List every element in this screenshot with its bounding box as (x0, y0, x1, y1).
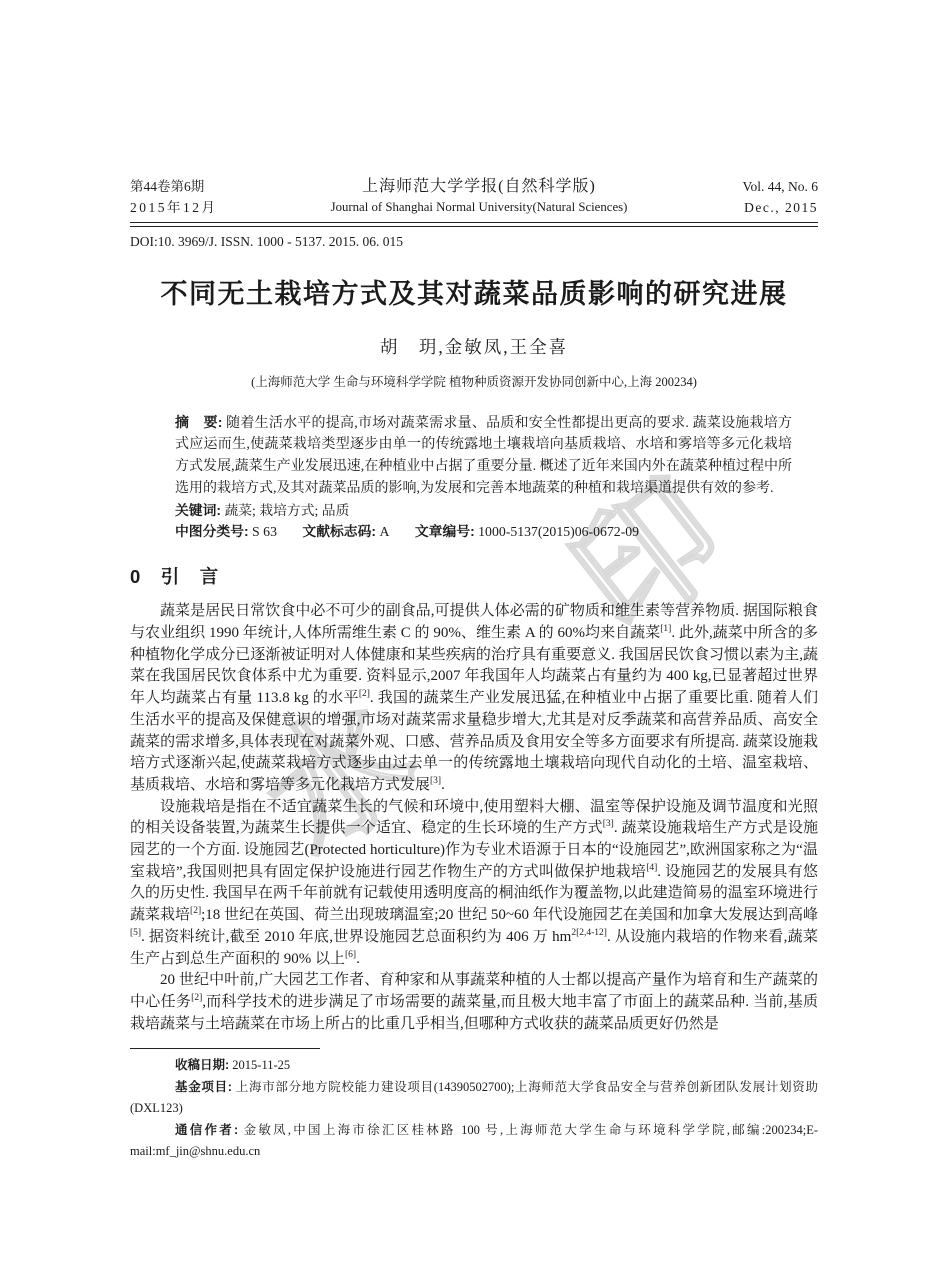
header-volume-issue-cn: 第44卷第6期 2015年12月 (130, 176, 280, 218)
article-id-pair: 文章编号: 1000-5137(2015)06-0672-09 (415, 524, 639, 539)
journal-page: 水 印 第44卷第6期 2015年12月 上海师范大学学报(自然科学版) Jou… (0, 0, 944, 1273)
page-content: 第44卷第6期 2015年12月 上海师范大学学报(自然科学版) Journal… (130, 176, 818, 1163)
clc-label: 中图分类号: (175, 524, 249, 539)
keywords-text: 蔬菜; 栽培方式; 品质 (224, 503, 349, 518)
body-paragraph-3: 20 世纪中叶前,广大园艺工作者、育种家和从事蔬菜种植的人士都以提高产量作为培育… (130, 970, 818, 1035)
doc-code-label: 文献标志码: (302, 524, 376, 539)
volume-issue-en: Vol. 44, No. 6 (678, 176, 818, 197)
keywords-line: 关键词: 蔬菜; 栽培方式; 品质 (175, 500, 792, 522)
abstract-paragraph: 摘 要: 随着生活水平的提高,市场对蔬菜需求量、品质和安全性都提出更高的要求. … (175, 412, 792, 500)
fund-value: 上海市部分地方院校能力建设项目(14390502700);上海师范大学食品安全与… (130, 1080, 818, 1116)
header-volume-issue-en: Vol. 44, No. 6 Dec., 2015 (678, 176, 818, 218)
article-title: 不同无土栽培方式及其对蔬菜品质影响的研究进展 (130, 276, 818, 312)
doi-line: DOI:10. 3969/J. ISSN. 1000 - 5137. 2015.… (130, 234, 818, 250)
header-divider (130, 222, 818, 227)
received-date-label: 收稿日期: (175, 1058, 229, 1072)
doc-code-value: A (379, 524, 389, 539)
volume-issue-cn: 第44卷第6期 (130, 176, 280, 197)
date-cn: 2015年12月 (130, 197, 280, 218)
doc-code-pair: 文献标志码: A (302, 524, 389, 539)
article-id-value: 1000-5137(2015)06-0672-09 (478, 524, 639, 539)
footnote-corresponding: 通信作者: 金敏凤,中国上海市徐汇区桂林路 100 号,上海师范大学生命与环境科… (130, 1120, 818, 1163)
body-text: 蔬菜是居民日常饮食中必不可少的副食品,可提供人体必需的矿物质和维生素等营养物质.… (130, 601, 818, 1035)
footnote-block: 收稿日期: 2015-11-25 基金项目: 上海市部分地方院校能力建设项目(1… (130, 1048, 818, 1163)
clc-pair: 中图分类号: S 63 (175, 524, 277, 539)
article-affiliation: (上海师范大学 生命与环境科学学院 植物种质资源开发协同创新中心,上海 2002… (130, 372, 818, 390)
corresponding-author-label: 通信作者: (175, 1123, 238, 1137)
body-paragraph-2: 设施栽培是指在不适宜蔬菜生长的气候和环境中,使用塑料大棚、温室等保护设施及调节温… (130, 797, 818, 971)
body-paragraph-1: 蔬菜是居民日常饮食中必不可少的副食品,可提供人体必需的矿物质和维生素等营养物质.… (130, 601, 818, 796)
article-authors: 胡 玥,金敏凤,王全喜 (130, 334, 818, 359)
article-id-label: 文章编号: (415, 524, 475, 539)
journal-name-en: Journal of Shanghai Normal University(Na… (280, 197, 678, 218)
footnote-received: 收稿日期: 2015-11-25 (130, 1055, 818, 1077)
section-heading-introduction: 0 引 言 (130, 563, 818, 589)
abstract-text: 随着生活水平的提高,市场对蔬菜需求量、品质和安全性都提出更高的要求. 蔬菜设施栽… (175, 416, 792, 496)
abstract-block: 摘 要: 随着生活水平的提高,市场对蔬菜需求量、品质和安全性都提出更高的要求. … (175, 412, 792, 500)
header-journal-name: 上海师范大学学报(自然科学版) Journal of Shanghai Norm… (280, 176, 678, 218)
abstract-label: 摘 要: (175, 414, 222, 430)
clc-value: S 63 (252, 524, 277, 539)
keywords-label: 关键词: (175, 503, 221, 518)
clc-line: 中图分类号: S 63 文献标志码: A 文章编号: 1000-5137(201… (175, 521, 792, 543)
received-date-value: 2015-11-25 (232, 1058, 290, 1072)
footnote-fund: 基金项目: 上海市部分地方院校能力建设项目(14390502700);上海师范大… (130, 1077, 818, 1120)
journal-name-cn: 上海师范大学学报(自然科学版) (280, 176, 678, 197)
journal-header: 第44卷第6期 2015年12月 上海师范大学学报(自然科学版) Journal… (130, 176, 818, 218)
date-en: Dec., 2015 (678, 197, 818, 218)
fund-label: 基金项目: (175, 1080, 232, 1094)
footnote-divider (130, 1048, 320, 1049)
